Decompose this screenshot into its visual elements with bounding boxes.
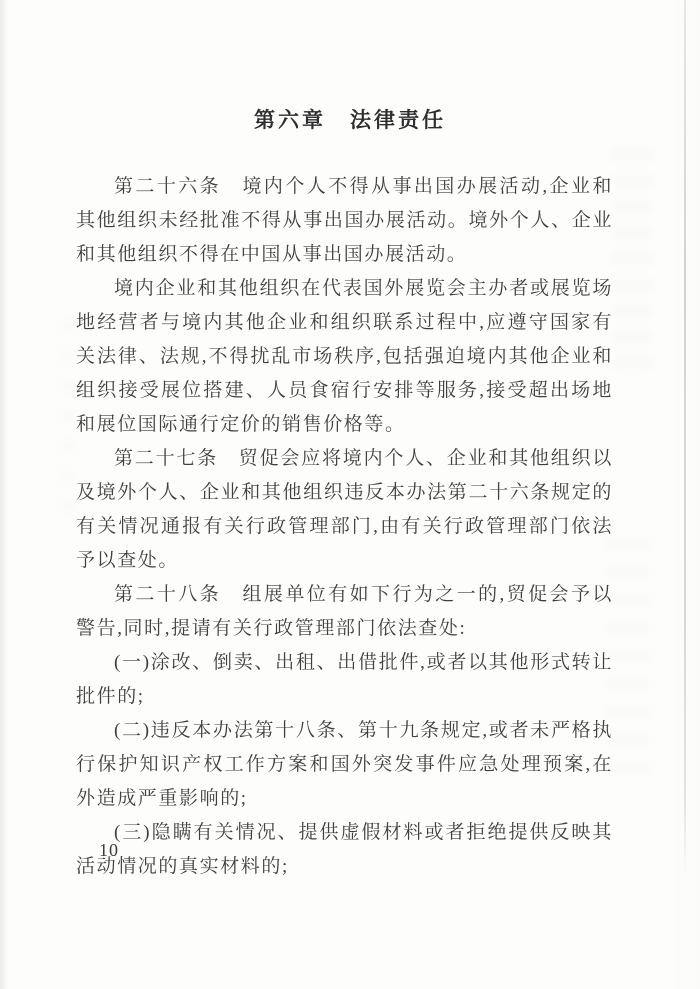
- page-number: 10: [99, 840, 119, 861]
- article-clause-item: (三)隐瞒有关情况、提供虚假材料或者拒绝提供反映其活动情况的真实材料的;: [76, 816, 613, 884]
- article-paragraph: 境内企业和其他组织在代表国外展览会主办者或展览场地经营者与境内其他企业和组织联系…: [76, 272, 613, 442]
- article-text-block: 第二十六条 境内个人不得从事出国办展活动,企业和其他组织未经批准不得从事出国办展…: [76, 170, 613, 884]
- article-paragraph: 第二十七条 贸促会应将境内个人、企业和其他组织以及境外个人、企业和其他组织违反本…: [76, 442, 613, 578]
- scan-left-edge-shade: [0, 0, 7, 989]
- chapter-heading: 第六章 法律责任: [0, 104, 700, 134]
- article-paragraph: 第二十六条 境内个人不得从事出国办展活动,企业和其他组织未经批准不得从事出国办展…: [76, 170, 613, 272]
- article-clause-item: (一)涂改、倒卖、出租、出借批件,或者以其他形式转让批件的;: [76, 646, 613, 714]
- article-clause-item: (二)违反本办法第十八条、第十九条规定,或者未严格执行保护知识产权工作方案和国外…: [76, 714, 613, 816]
- scan-bleedthrough-artifact: [612, 150, 652, 380]
- scan-bleedthrough-artifact: [60, 320, 74, 520]
- article-paragraph: 第二十八条 组展单位有如下行为之一的,贸促会予以警告,同时,提请有关行政管理部门…: [76, 578, 613, 646]
- scanned-document-page: 第六章 法律责任 第二十六条 境内个人不得从事出国办展活动,企业和其他组织未经批…: [0, 0, 700, 989]
